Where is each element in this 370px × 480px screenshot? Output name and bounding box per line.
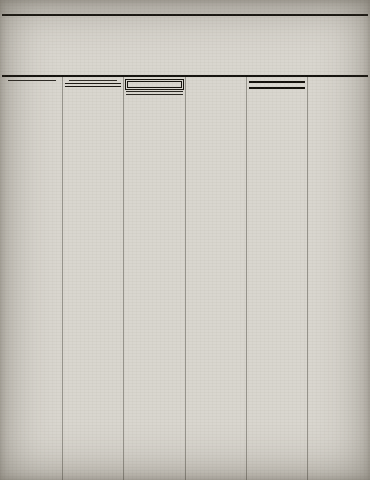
column-5 — [247, 77, 308, 480]
drapeau-advert — [127, 81, 181, 88]
column-1 — [2, 77, 63, 480]
office-box — [2, 17, 70, 74]
column-4 — [186, 77, 247, 480]
column-2 — [63, 77, 124, 480]
ads-box — [300, 17, 368, 74]
body-columns — [2, 77, 368, 480]
col3-ruled-header — [126, 91, 182, 95]
divider — [8, 80, 56, 81]
stad-header-box — [249, 81, 305, 89]
newspaper-page — [0, 0, 370, 480]
masthead-center — [70, 17, 300, 74]
divider — [69, 80, 117, 81]
masthead — [0, 16, 370, 75]
top-bar — [0, 0, 370, 14]
column-3 — [124, 77, 185, 480]
column-6 — [308, 77, 368, 480]
gemengde-header-box — [65, 83, 121, 87]
